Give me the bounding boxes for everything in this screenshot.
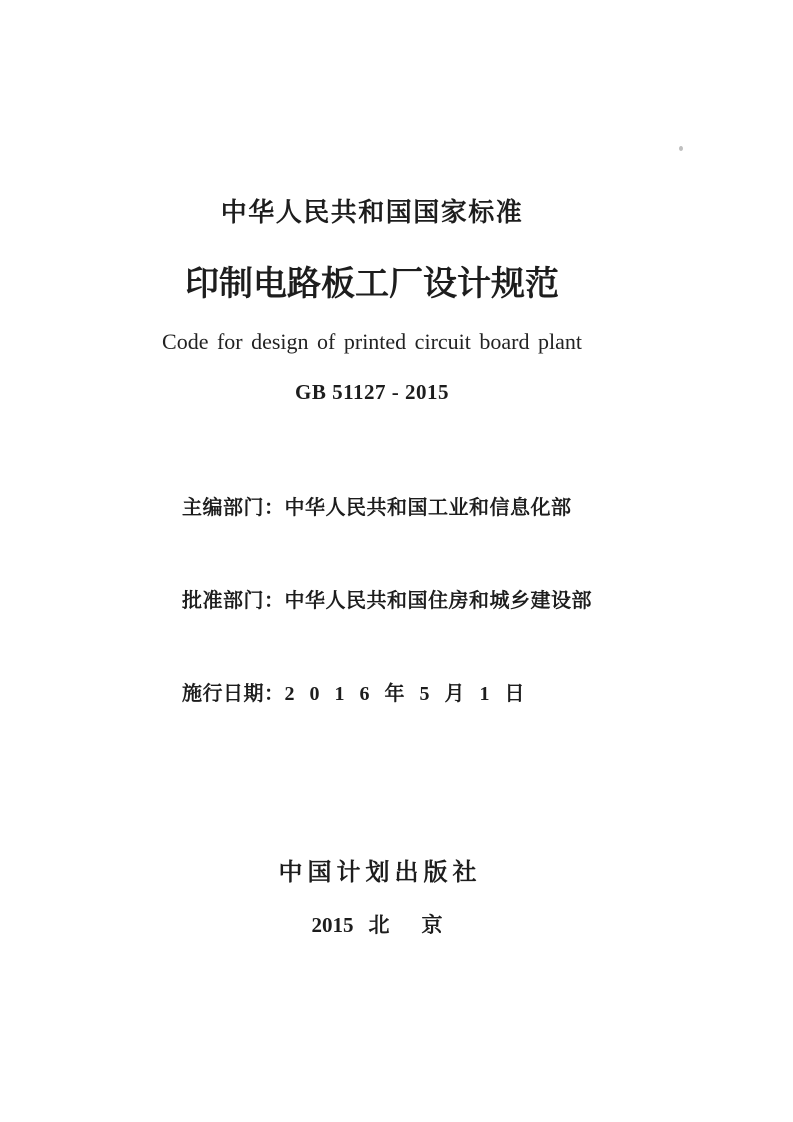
approval-department-line: 批准部门：中华人民共和国住房和城乡建设部 xyxy=(182,586,592,617)
effective-date-line: 施行日期：2 0 1 6 年 5 月 1 日 xyxy=(182,679,592,710)
document-title-en: Code for design of printed circuit board… xyxy=(0,329,744,355)
imprint-city: 北京 xyxy=(369,909,475,939)
document-title-zh: 印制电路板工厂设计规范 xyxy=(0,256,744,305)
publication-info-block: 主编部门：中华人民共和国工业和信息化部 批准部门：中华人民共和国住房和城乡建设部… xyxy=(182,431,592,772)
chief-editor-department-line: 主编部门：中华人民共和国工业和信息化部 xyxy=(182,493,592,524)
scan-speck xyxy=(679,146,683,151)
standard-code: GB 51127 - 2015 xyxy=(0,380,744,405)
imprint-line: 2015 北京 xyxy=(0,909,754,939)
publisher-name: 中国计划出版社 xyxy=(0,852,760,887)
standard-cover-page: 中华人民共和国国家标准 印制电路板工厂设计规范 Code for design … xyxy=(0,0,793,1122)
imprint-year: 2015 xyxy=(312,913,354,938)
national-standard-label: 中华人民共和国国家标准 xyxy=(0,192,744,229)
